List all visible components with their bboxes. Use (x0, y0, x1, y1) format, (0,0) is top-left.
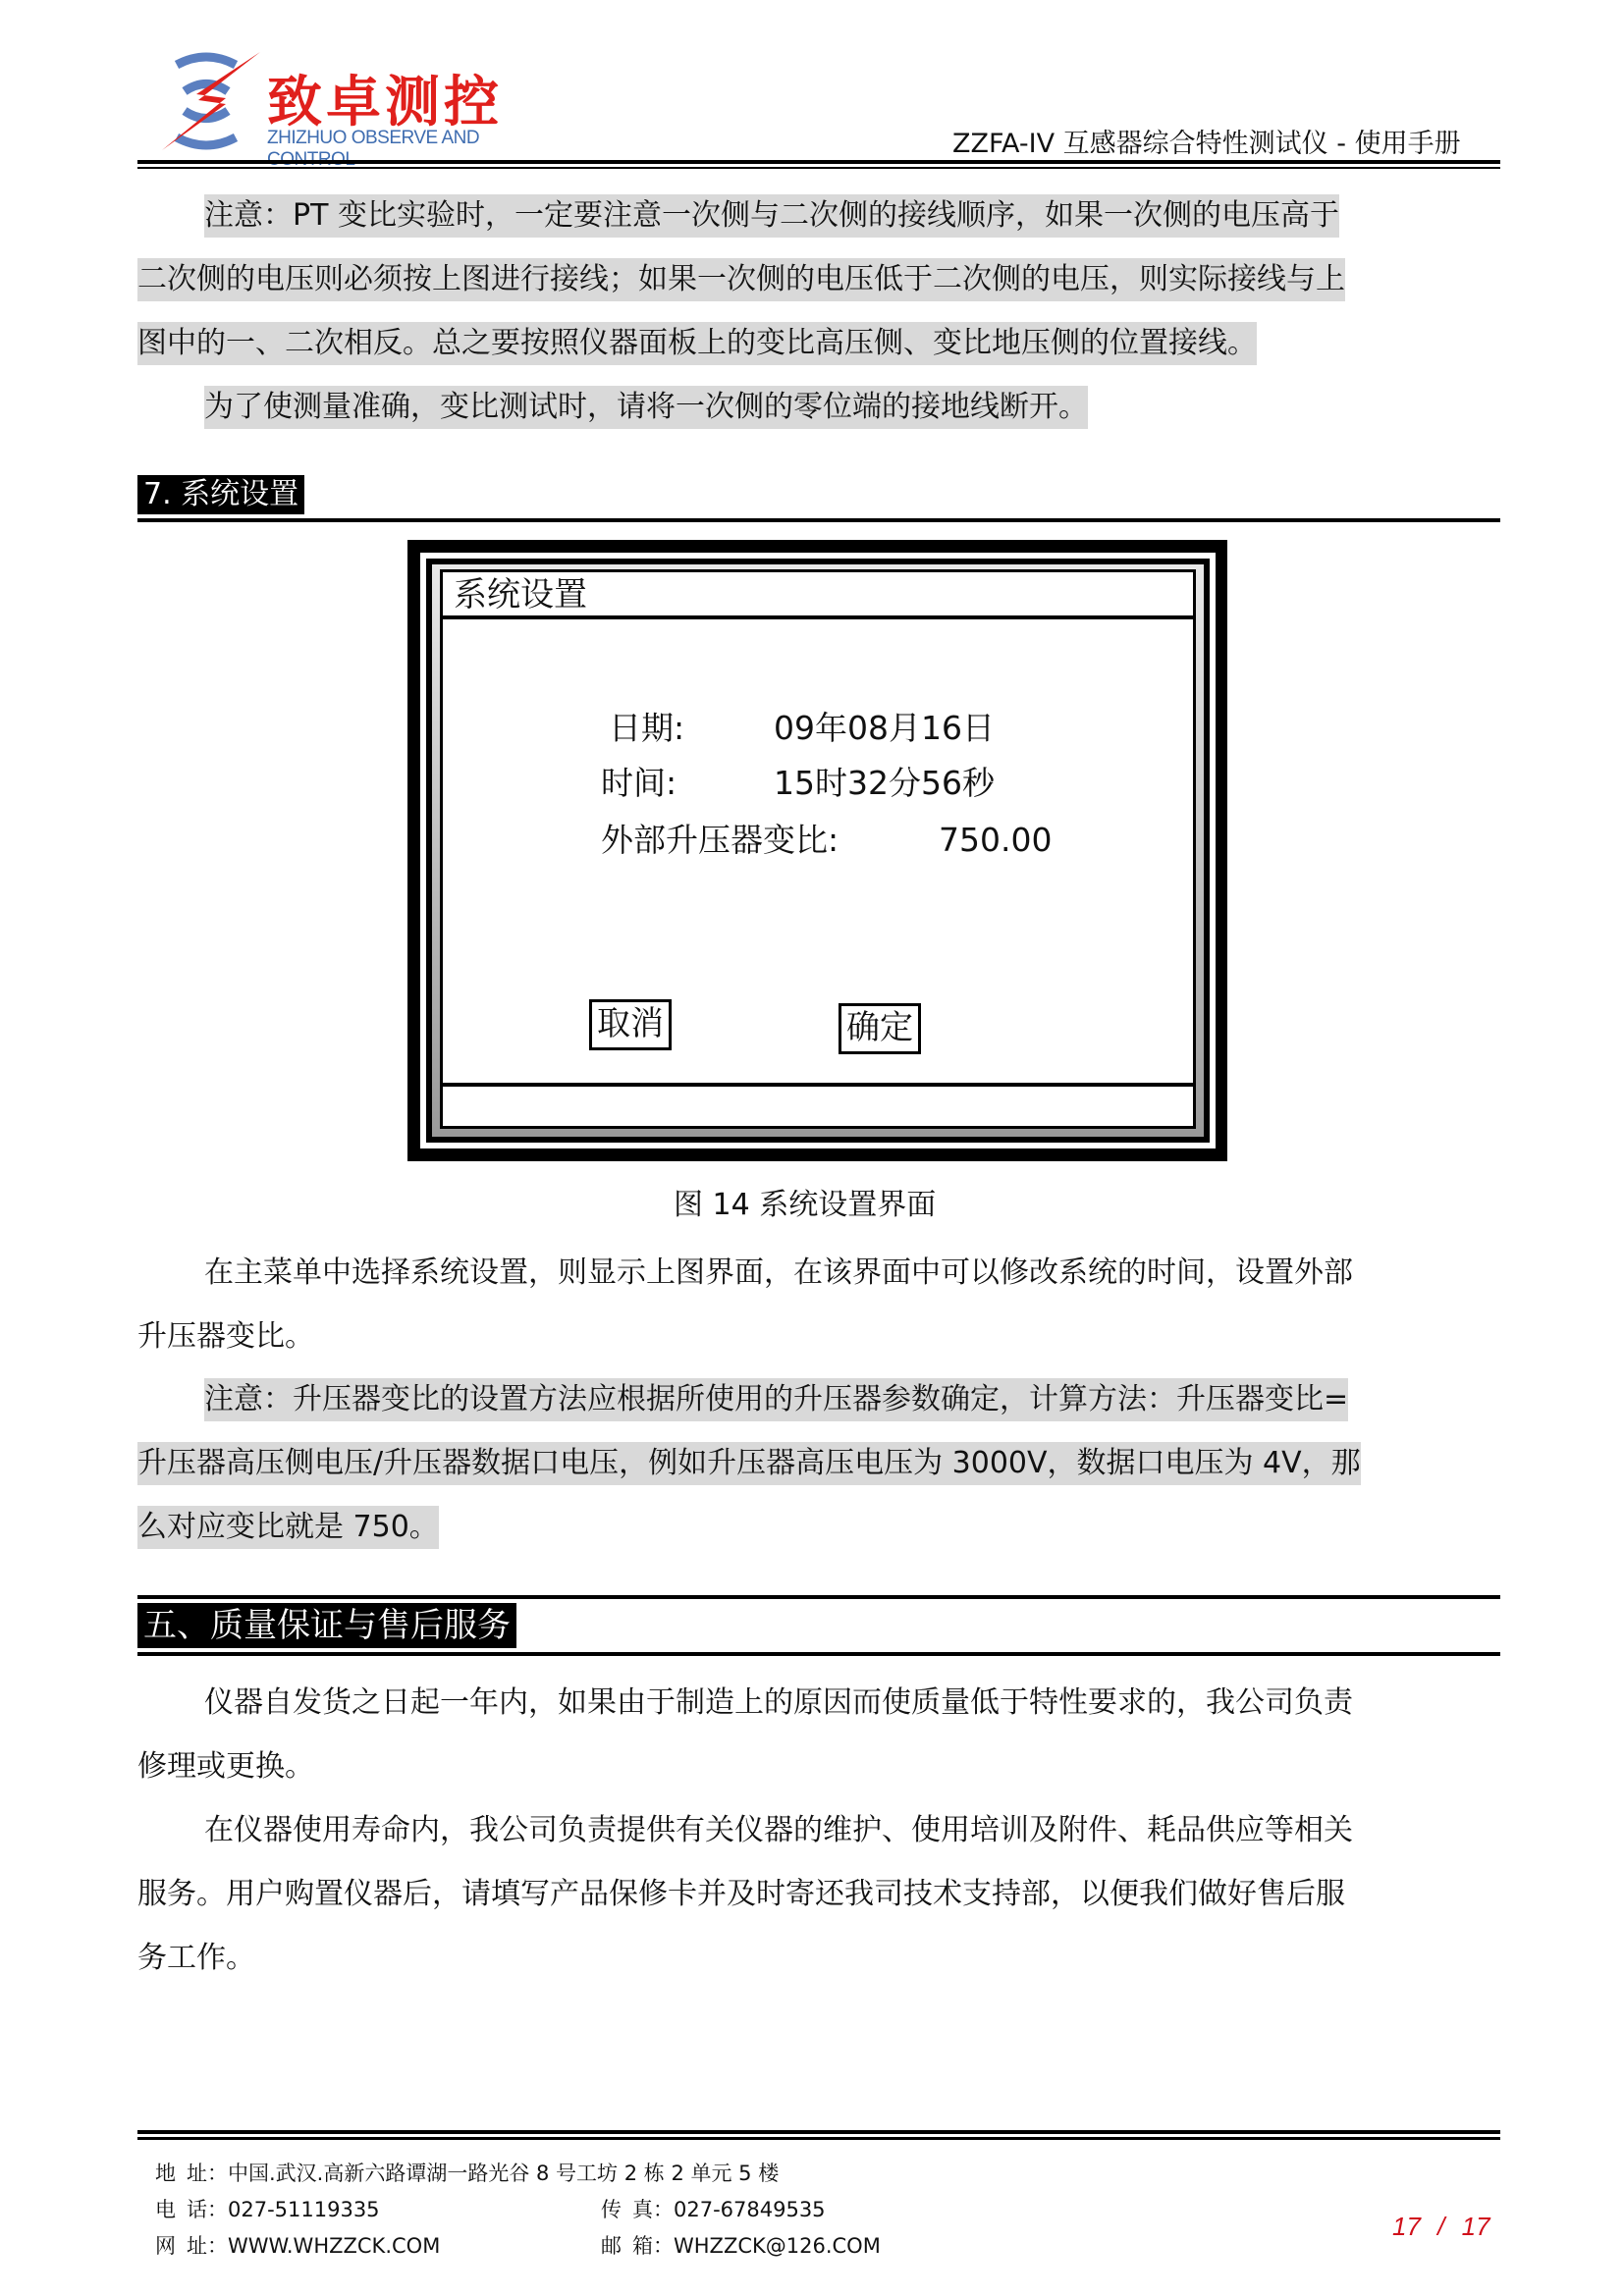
fax-key: 传 (601, 2196, 632, 2223)
header-divider (137, 160, 1500, 164)
dialog-title-divider (440, 615, 1196, 619)
note-line: 注意：升压器变比的设置方法应根据所使用的升压器参数确定，计算方法：升压器变比= (204, 1378, 1348, 1421)
footer-divider (137, 2137, 1500, 2140)
website-key: 网 (155, 2232, 187, 2260)
logo-company-cn: 致卓测控 (267, 59, 503, 137)
confirm-button[interactable]: 确定 (839, 1003, 921, 1054)
footer-website: 网址：WWW.WHZZCK.COM (155, 2232, 440, 2260)
page-current: 17 (1392, 2212, 1421, 2241)
header-divider (137, 167, 1500, 169)
email-link[interactable]: WHZZCK@126.COM (674, 2234, 881, 2258)
address-key: 地 (155, 2160, 187, 2187)
lightning-signal-icon (157, 47, 265, 155)
note-line: 注意：PT 变比实验时，一定要注意一次侧与二次侧的接线顺序，如果一次侧的电压高于 (204, 194, 1339, 238)
email-key: 邮 (601, 2232, 632, 2260)
time-value[interactable]: 15时32分56秒 (774, 762, 995, 805)
body-line: 务工作。 (137, 1937, 255, 1980)
document-title: ZZFA-IV 互感器综合特性测试仪 - 使用手册 (952, 122, 1461, 160)
footer-phone: 电话：027-51119335 (155, 2196, 380, 2223)
body-line: 修理或更换。 (137, 1745, 314, 1789)
figure-caption: 图 14 系统设置界面 (674, 1184, 936, 1227)
footer-email: 邮箱：WHZZCK@126.COM (601, 2232, 881, 2260)
logo-company-en: ZHIZHUO OBSERVE AND CONTROL (267, 128, 520, 171)
date-value[interactable]: 09年08月16日 (774, 707, 995, 750)
fax-key-2: 真： (632, 2198, 674, 2221)
body-line: 仪器自发货之日起一年内，如果由于制造上的原因而使质量低于特性要求的，我公司负责 (204, 1682, 1353, 1725)
body-line: 服务。用户购置仪器后，请填写产品保修卡并及时寄还我司技术支持部，以便我们做好售后… (137, 1873, 1345, 1916)
company-logo: 致卓测控 ZHIZHUO OBSERVE AND CONTROL (157, 47, 520, 155)
dialog-title: 系统设置 (454, 571, 587, 618)
note-line: 二次侧的电压则必须按上图进行接线；如果一次侧的电压低于二次侧的电压，则实际接线与… (137, 258, 1345, 301)
fax-value: 027-67849535 (674, 2198, 826, 2221)
website-link[interactable]: WWW.WHZZCK.COM (228, 2234, 440, 2258)
page-separator: / (1437, 2212, 1444, 2241)
website-key-2: 址： (187, 2234, 228, 2258)
section-heading-warranty: 五、质量保证与售后服务 (137, 1603, 516, 1648)
phone-value: 027-51119335 (228, 2198, 380, 2221)
section-rule (137, 518, 1500, 522)
footer-fax: 传真：027-67849535 (601, 2196, 826, 2223)
address-key-2: 址： (187, 2162, 228, 2185)
note-line: 图中的一、二次相反。总之要按照仪器面板上的变比高压侧、变比地压侧的位置接线。 (137, 322, 1257, 365)
note-line: 么对应变比就是 750。 (137, 1506, 439, 1549)
section-rule (137, 1595, 1500, 1599)
address-value: 中国.武汉.高新六路谭湖一路光谷 8 号工坊 2 栋 2 单元 5 楼 (228, 2162, 779, 2185)
page-total: 17 (1462, 2212, 1490, 2241)
booster-ratio-value[interactable]: 750.00 (939, 819, 1052, 862)
dialog-status-divider (440, 1083, 1196, 1087)
body-line: 升压器变比。 (137, 1315, 314, 1359)
section-rule (137, 1652, 1500, 1656)
time-label: 时间: (601, 762, 677, 805)
dialog-status-bar (444, 1088, 1192, 1127)
footer-divider (137, 2130, 1500, 2134)
note-line: 为了使测量准确，变比测试时，请将一次侧的零位端的接地线断开。 (204, 386, 1088, 429)
body-line: 在仪器使用寿命内，我公司负责提供有关仪器的维护、使用培训及附件、耗品供应等相关 (204, 1809, 1353, 1852)
cancel-button[interactable]: 取消 (589, 999, 672, 1050)
note-line: 升压器高压侧电压/升压器数据口电压，例如升压器高压电压为 3000V，数据口电压… (137, 1442, 1361, 1485)
section-heading-system-settings: 7. 系统设置 (137, 475, 304, 514)
body-line: 在主菜单中选择系统设置，则显示上图界面，在该界面中可以修改系统的时间，设置外部 (204, 1252, 1353, 1295)
email-key-2: 箱： (632, 2234, 674, 2258)
phone-key-2: 话： (187, 2198, 228, 2221)
date-label: 日期: (609, 707, 684, 750)
page-number: 17 / 17 (1392, 2212, 1490, 2242)
phone-key: 电 (155, 2196, 187, 2223)
footer-address: 地址：中国.武汉.高新六路谭湖一路光谷 8 号工坊 2 栋 2 单元 5 楼 (155, 2160, 779, 2187)
booster-ratio-label: 外部升压器变比: (601, 819, 839, 862)
